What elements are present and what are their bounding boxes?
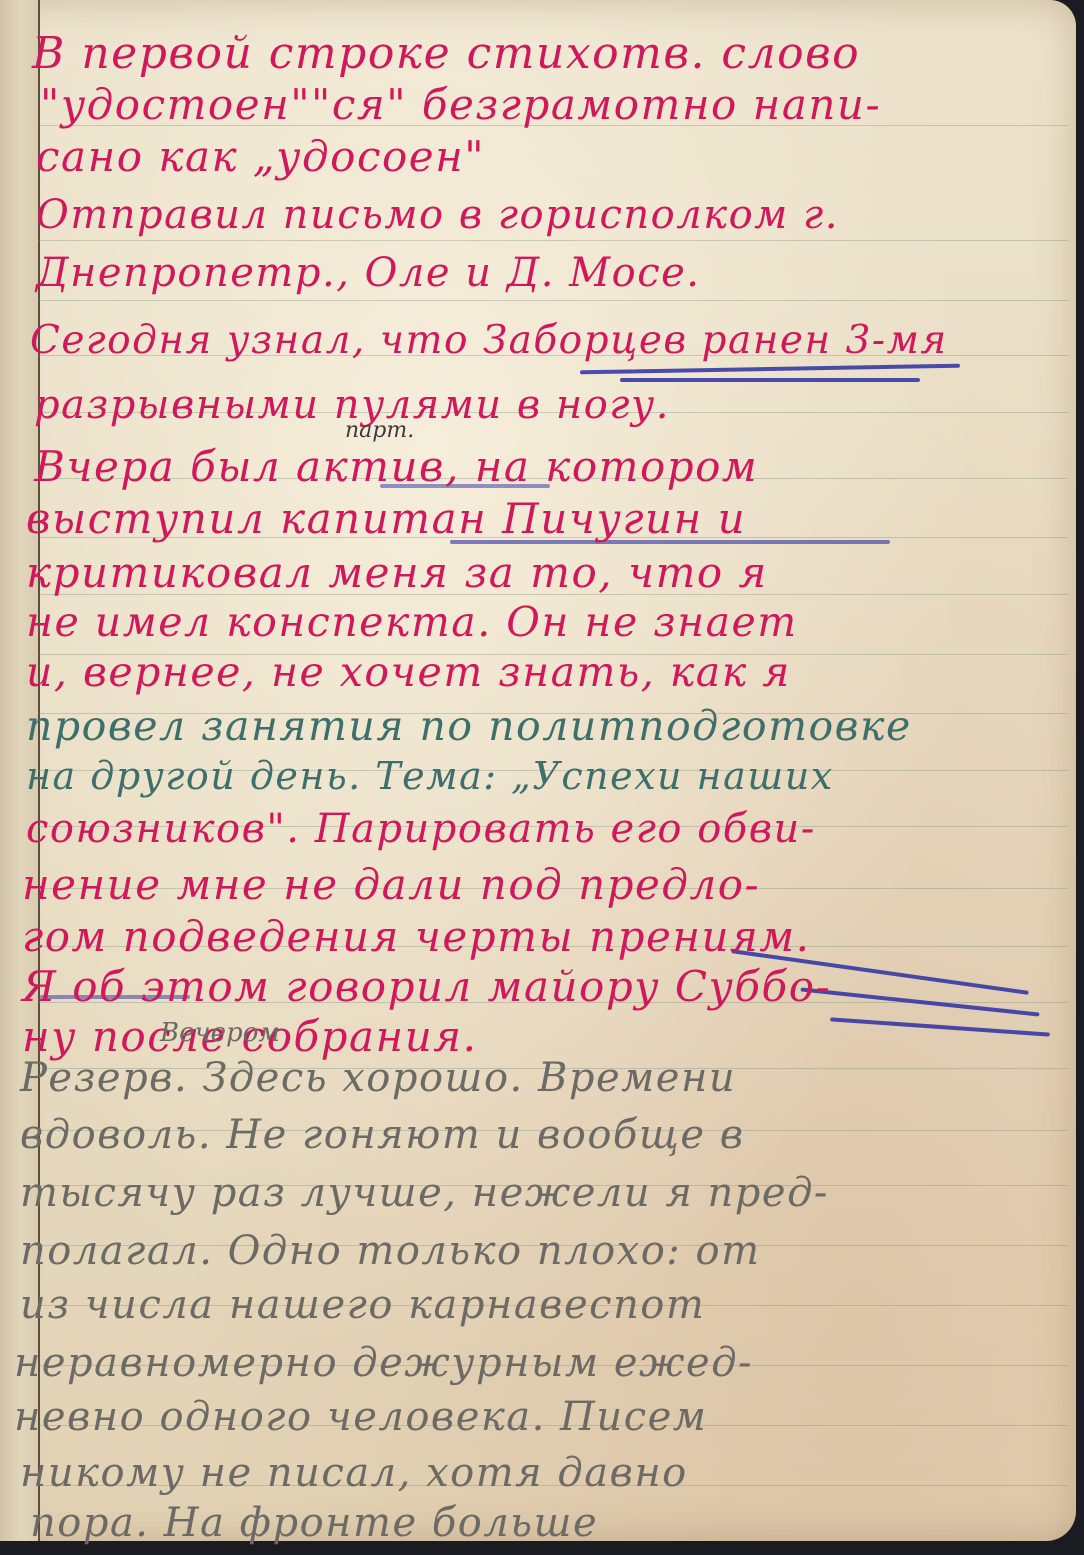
annotation-above-aktiv: парт. bbox=[345, 418, 414, 443]
blue-underline-mark bbox=[580, 364, 960, 375]
diary-line: Отправил письмо в горисполком г. bbox=[36, 192, 839, 238]
diary-line: гом подведения черты прениям. bbox=[22, 912, 811, 961]
diary-line: пора. На фронте больше bbox=[30, 1500, 598, 1546]
diary-line: В первой строке стихотв. слово bbox=[32, 28, 860, 79]
diary-line: неравномерно дежурным ежед- bbox=[14, 1340, 753, 1386]
diary-line: "удостоен""ся" безграмотно напи- bbox=[40, 80, 881, 129]
ruled-line bbox=[38, 300, 1068, 301]
diary-line: и, вернее, не хочет знать, как я bbox=[26, 648, 791, 696]
diary-page: В первой строке стихотв. слово "удостоен… bbox=[0, 0, 1076, 1541]
diary-line: Я об этом говорил майору Суббо- bbox=[22, 962, 831, 1011]
diary-line: вдоволь. Не гоняют и вообще в bbox=[20, 1112, 745, 1158]
diary-line: из числа нашего карнавеспот bbox=[20, 1282, 705, 1328]
diary-line: на другой день. Тема: „Успехи наших bbox=[26, 754, 834, 798]
diary-line: критиковал меня за то, что я bbox=[26, 548, 768, 597]
blue-underline-mark bbox=[830, 1017, 1050, 1036]
diary-line: не имел конспекта. Он не знает bbox=[26, 598, 798, 646]
diary-line: тысячу раз лучше, нежели я пред- bbox=[20, 1170, 829, 1216]
diary-line: выступил капитан Пичугин и bbox=[26, 494, 746, 543]
diary-line: никому не писал, хотя давно bbox=[20, 1450, 688, 1496]
diary-line: союзников". Парировать его обви- bbox=[26, 806, 816, 852]
diary-line: полагал. Одно только плохо: от bbox=[20, 1228, 761, 1274]
diary-line: Сегодня узнал, что Заборцев ранен 3-мя bbox=[30, 318, 948, 363]
annotation-above-rezerv: Вечером bbox=[160, 1018, 280, 1048]
diary-line: невно одного человека. Писем bbox=[14, 1394, 707, 1440]
diary-line: провел занятия по политподготовке bbox=[26, 702, 912, 750]
diary-line: Вчера был актив, на котором bbox=[34, 442, 758, 491]
diary-line: Днепропетр., Оле и Д. Мосе. bbox=[36, 250, 701, 296]
diary-line: сано как „удосоен" bbox=[36, 132, 485, 181]
diary-line: нение мне не дали под предло- bbox=[22, 860, 760, 909]
ruled-line bbox=[38, 240, 1068, 241]
diary-line: Резерв. Здесь хорошо. Времени bbox=[20, 1055, 736, 1101]
